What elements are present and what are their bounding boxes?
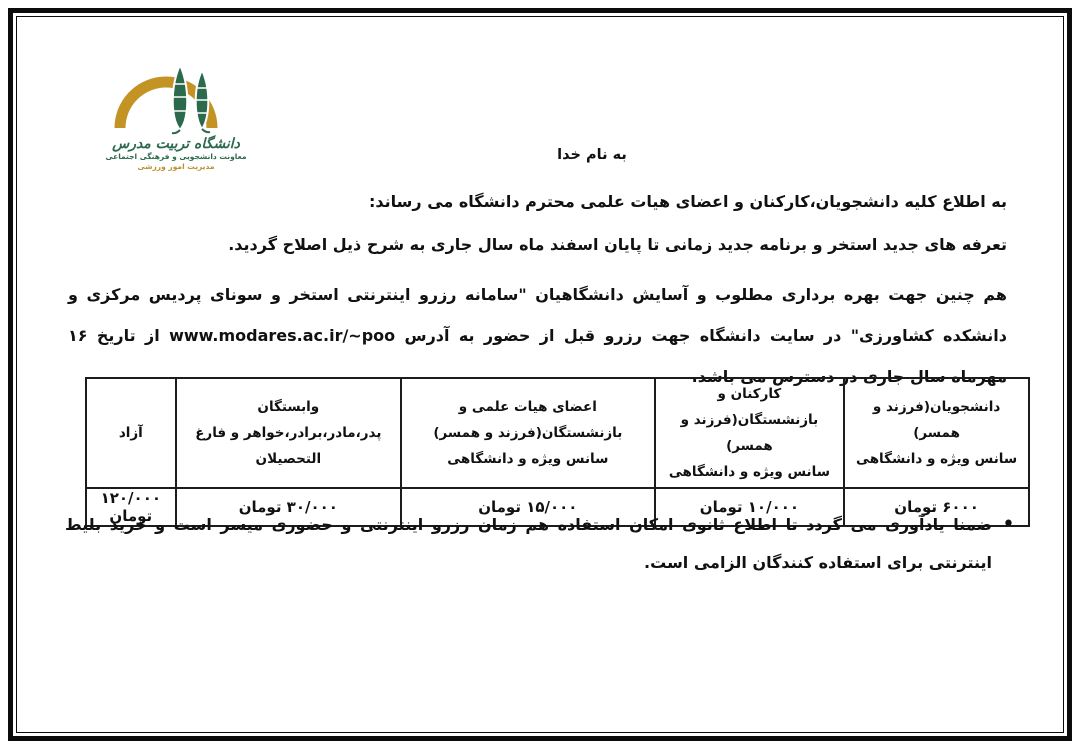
tariff-header-public: آزاد [86,378,176,488]
header-line: سانس ویژه و دانشگاهی [849,446,1024,472]
header-line: سانس ویژه و دانشگاهی [660,459,840,485]
tariff-table: دانشجویان(فرزند و همسر) سانس ویژه و دانش… [85,377,1030,527]
besmellah-heading: به نام خدا [104,147,1080,163]
header-line: سانس ویژه و دانشگاهی [406,446,650,472]
university-emblem-icon [110,64,242,136]
header-line: اعضای هیات علمی و بازنشستگان(فرزند و همس… [406,394,650,446]
document-page: دانشگاه تربیت مدرس معاونت دانشجویی و فره… [0,0,1080,749]
announcement-intro-line: به اطلاع کلیه دانشجویان،کارکنان و اعضای … [68,189,1007,215]
logo-sports-office-line: مدیریت امور ورزشی [86,162,266,172]
header-line: پدر،مادر،برادر،خواهر و فارغ التحصیلان [181,420,396,472]
reminder-note-text: ضمنا یادآوری می گردد تا اطلاع ثانوی امکا… [65,506,992,582]
header-line: وابستگان [181,394,396,420]
header-line: آزاد [91,420,171,446]
tariff-header-relatives: وابستگان پدر،مادر،برادر،خواهر و فارغ الت… [176,378,401,488]
reminder-note: • ضمنا یادآوری می گردد تا اطلاع ثانوی ام… [65,506,1015,582]
bullet-icon: • [1002,506,1015,544]
header-line: کارکنان و بازنشستگان(فرزند و همسر) [660,381,840,459]
tariff-header-faculty: اعضای هیات علمی و بازنشستگان(فرزند و همس… [401,378,655,488]
tariff-header-students: دانشجویان(فرزند و همسر) سانس ویژه و دانش… [844,378,1029,488]
header-line: دانشجویان(فرزند و همسر) [849,394,1024,446]
tariff-header-row: دانشجویان(فرزند و همسر) سانس ویژه و دانش… [86,378,1029,488]
tariff-change-line: تعرفه های جدید استخر و برنامه جدید زمانی… [68,232,1007,258]
tariff-header-staff: کارکنان و بازنشستگان(فرزند و همسر) سانس … [655,378,845,488]
